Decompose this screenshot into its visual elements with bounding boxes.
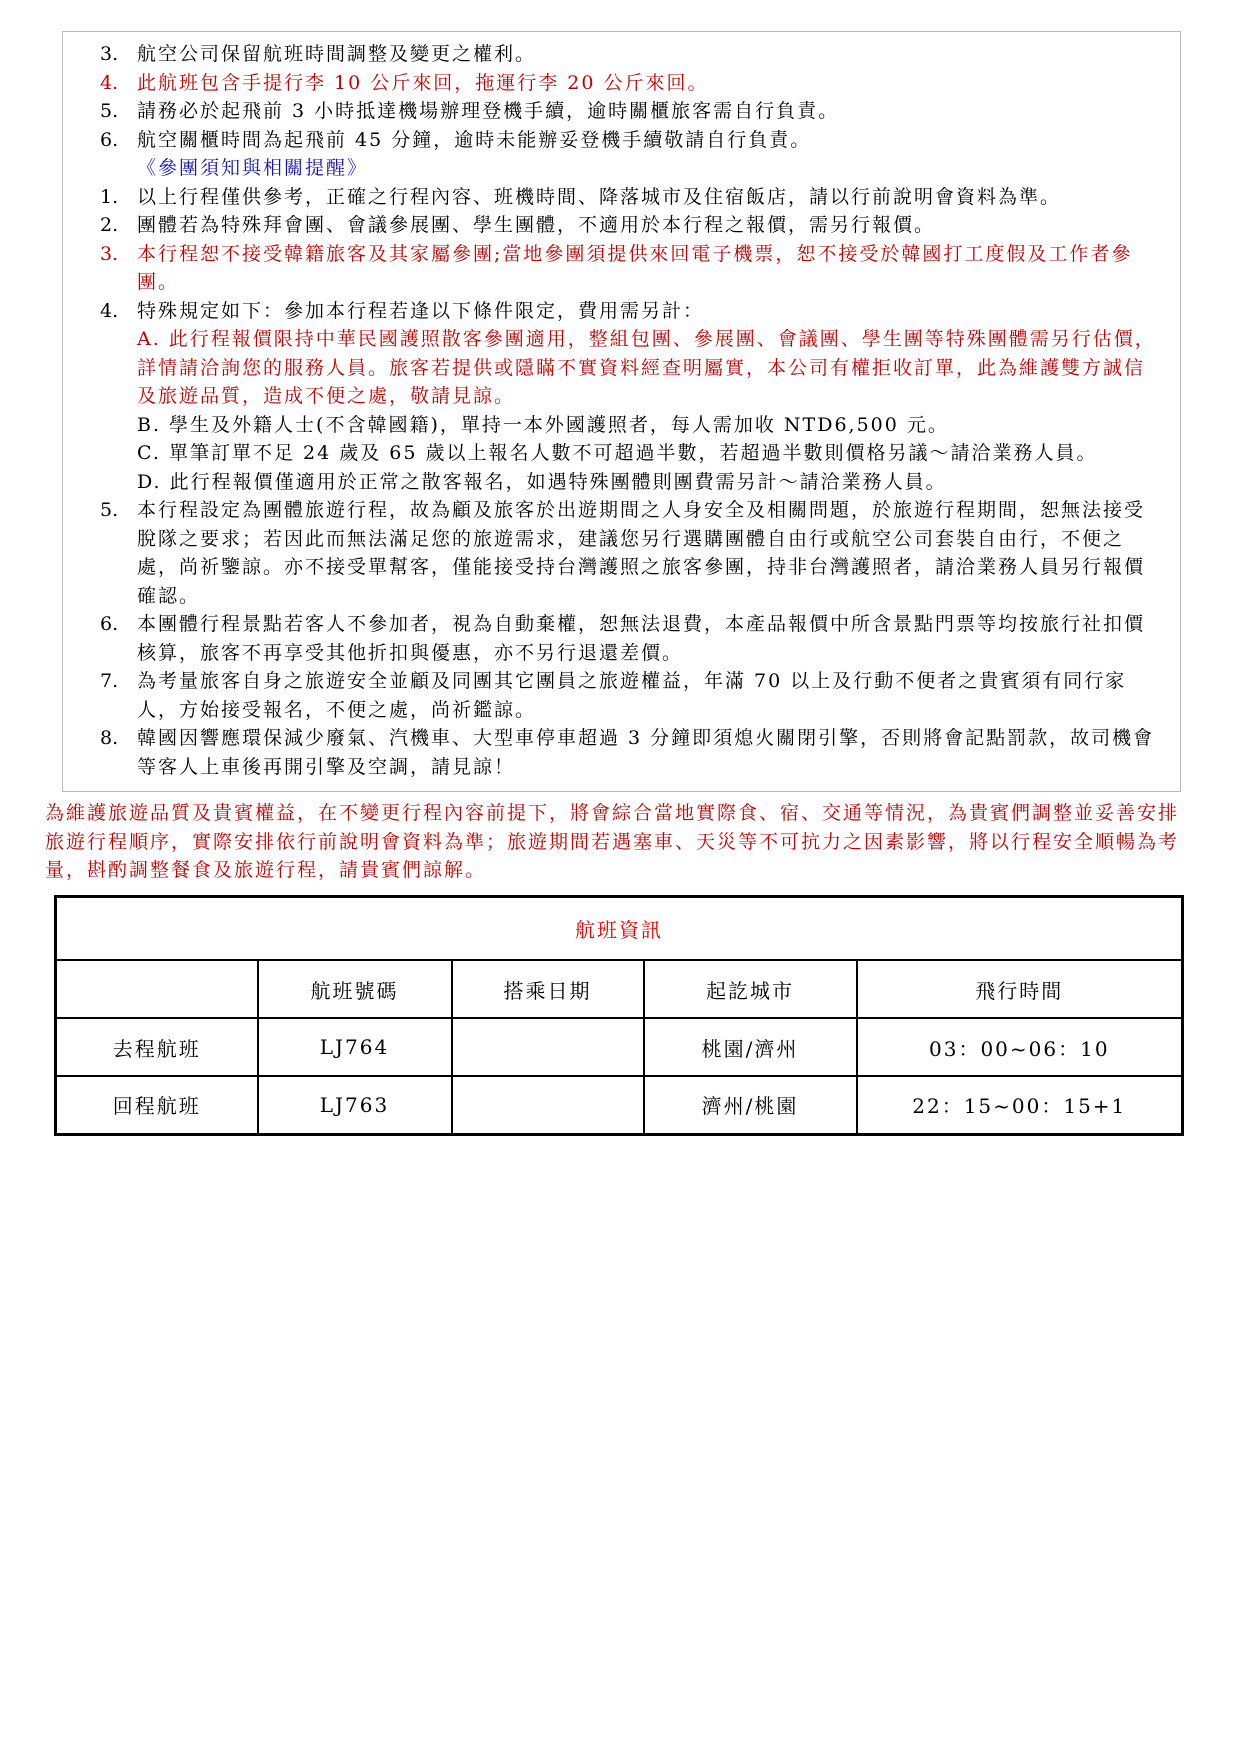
column-header-cities: 起訖城市: [644, 960, 857, 1018]
list-item: 4. 此航班包含手提行李 10 公斤來回，拖運行李 20 公斤來回。: [100, 69, 1158, 98]
list-item: 6. 航空關櫃時間為起飛前 45 分鐘，逾時未能辦妥登機手續敬請自行負責。: [100, 126, 1158, 155]
flight-table-title-row: 航班資訊: [56, 896, 1183, 960]
item-number: 7.: [100, 667, 137, 696]
table-row-return: 回程航班 LJ763 濟州/桃園 22：15~00：15+1: [56, 1076, 1183, 1134]
flight-number-cell: LJ764: [258, 1018, 452, 1076]
item-number: 5.: [100, 496, 137, 525]
item-text: 以上行程僅供參考，正確之行程內容、班機時間、降落城市及住宿飯店，請以行前說明會資…: [137, 183, 1158, 212]
flight-time-cell: 03：00~06：10: [857, 1018, 1183, 1076]
item-number: 1.: [100, 183, 137, 212]
sub-item: D. 此行程報價僅適用於正常之散客報名，如遇特殊團體則團費需另計～請洽業務人員。: [137, 468, 1158, 497]
list-item: 3. 本行程恕不接受韓籍旅客及其家屬參團;當地參團須提供來回電子機票，恕不接受於…: [100, 240, 1158, 297]
list-item: 2. 團體若為特殊拜會團、會議參展團、學生團體，不適用於本行程之報價，需另行報價…: [100, 211, 1158, 240]
item-text: 航空公司保留航班時間調整及變更之權利。: [137, 40, 1158, 69]
flight-table-header-row: 航班號碼 搭乘日期 起訖城市 飛行時間: [56, 960, 1183, 1018]
item-number: 3.: [100, 240, 137, 269]
item-number: 4.: [100, 297, 137, 326]
list-item: 4. 特殊規定如下：參加本行程若逢以下條件限定，費用需另計：: [100, 297, 1158, 326]
item-text: 請務必於起飛前 3 小時抵達機場辦理登機手續，逾時關櫃旅客需自行負責。: [137, 97, 1158, 126]
travel-date-cell: [452, 1018, 644, 1076]
sub-item: B. 學生及外籍人士(不含韓國籍)，單持一本外國護照者，每人需加收 NTD6,5…: [137, 411, 1158, 440]
row-label: 回程航班: [56, 1076, 258, 1134]
disclaimer-paragraph: 為維護旅遊品質及貴賓權益，在不變更行程內容前提下，將會綜合當地實際食、宿、交通等…: [45, 799, 1197, 885]
item-number: 8.: [100, 724, 137, 753]
column-header-travel-date: 搭乘日期: [452, 960, 644, 1018]
item-text: 本團體行程景點若客人不參加者，視為自動棄權，恕無法退費，本產品報價中所含景點門票…: [137, 610, 1158, 667]
item-text: 為考量旅客自身之旅遊安全並顧及同團其它團員之旅遊權益，年滿 70 以上及行動不便…: [137, 667, 1158, 724]
item-number: 4.: [100, 69, 137, 98]
item-text: 團體若為特殊拜會團、會議參展團、學生團體，不適用於本行程之報價，需另行報價。: [137, 211, 1158, 240]
column-header-flight-number: 航班號碼: [258, 960, 452, 1018]
row-label: 去程航班: [56, 1018, 258, 1076]
list-item: 3. 航空公司保留航班時間調整及變更之權利。: [100, 40, 1158, 69]
flight-time-cell: 22：15~00：15+1: [857, 1076, 1183, 1134]
item-number: 3.: [100, 40, 137, 69]
item-number: 2.: [100, 211, 137, 240]
cities-cell: 桃園/濟州: [644, 1018, 857, 1076]
item-text: 本行程恕不接受韓籍旅客及其家屬參團;當地參團須提供來回電子機票，恕不接受於韓國打…: [137, 240, 1158, 297]
list-item: 5. 請務必於起飛前 3 小時抵達機場辦理登機手續，逾時關櫃旅客需自行負責。: [100, 97, 1158, 126]
flight-info-table: 航班資訊 航班號碼 搭乘日期 起訖城市 飛行時間 去程航班 LJ764 桃園/濟…: [54, 895, 1184, 1136]
item-text: 本行程設定為團體旅遊行程，故為顧及旅客於出遊期間之人身安全及相關問題，於旅遊行程…: [137, 496, 1158, 610]
page: { "colors": { "red": "#c00000", "blue": …: [0, 0, 1241, 1754]
table-row-outbound: 去程航班 LJ764 桃園/濟州 03：00~06：10: [56, 1018, 1183, 1076]
section-heading: 《參團須知與相關提醒》: [137, 154, 1158, 183]
list-item: 1. 以上行程僅供參考，正確之行程內容、班機時間、降落城市及住宿飯店，請以行前說…: [100, 183, 1158, 212]
travel-date-cell: [452, 1076, 644, 1134]
column-header-flight-time: 飛行時間: [857, 960, 1183, 1018]
terms-frame: 3. 航空公司保留航班時間調整及變更之權利。 4. 此航班包含手提行李 10 公…: [62, 31, 1181, 792]
item-number: 6.: [100, 610, 137, 639]
cities-cell: 濟州/桃園: [644, 1076, 857, 1134]
column-header-blank: [56, 960, 258, 1018]
item-text: 韓國因響應環保減少廢氣、汽機車、大型車停車超過 3 分鐘即須熄火關閉引擎，否則將…: [137, 724, 1158, 781]
sub-item: A. 此行程報價限持中華民國護照散客參團適用，整組包團、參展團、會議團、學生團等…: [137, 325, 1158, 411]
flight-number-cell: LJ763: [258, 1076, 452, 1134]
flight-table-title: 航班資訊: [56, 896, 1183, 960]
item-text: 此航班包含手提行李 10 公斤來回，拖運行李 20 公斤來回。: [137, 69, 1158, 98]
list-item: 8. 韓國因響應環保減少廢氣、汽機車、大型車停車超過 3 分鐘即須熄火關閉引擎，…: [100, 724, 1158, 781]
item-text: 特殊規定如下：參加本行程若逢以下條件限定，費用需另計：: [137, 297, 1158, 326]
item-text: 航空關櫃時間為起飛前 45 分鐘，逾時未能辦妥登機手續敬請自行負責。: [137, 126, 1158, 155]
list-item: 7. 為考量旅客自身之旅遊安全並顧及同團其它團員之旅遊權益，年滿 70 以上及行…: [100, 667, 1158, 724]
item-number: 6.: [100, 126, 137, 155]
list-item: 5. 本行程設定為團體旅遊行程，故為顧及旅客於出遊期間之人身安全及相關問題，於旅…: [100, 496, 1158, 610]
sub-item: C. 單筆訂單不足 24 歲及 65 歲以上報名人數不可超過半數，若超過半數則價…: [137, 439, 1158, 468]
item-number: 5.: [100, 97, 137, 126]
list-item: 6. 本團體行程景點若客人不參加者，視為自動棄權，恕無法退費，本產品報價中所含景…: [100, 610, 1158, 667]
